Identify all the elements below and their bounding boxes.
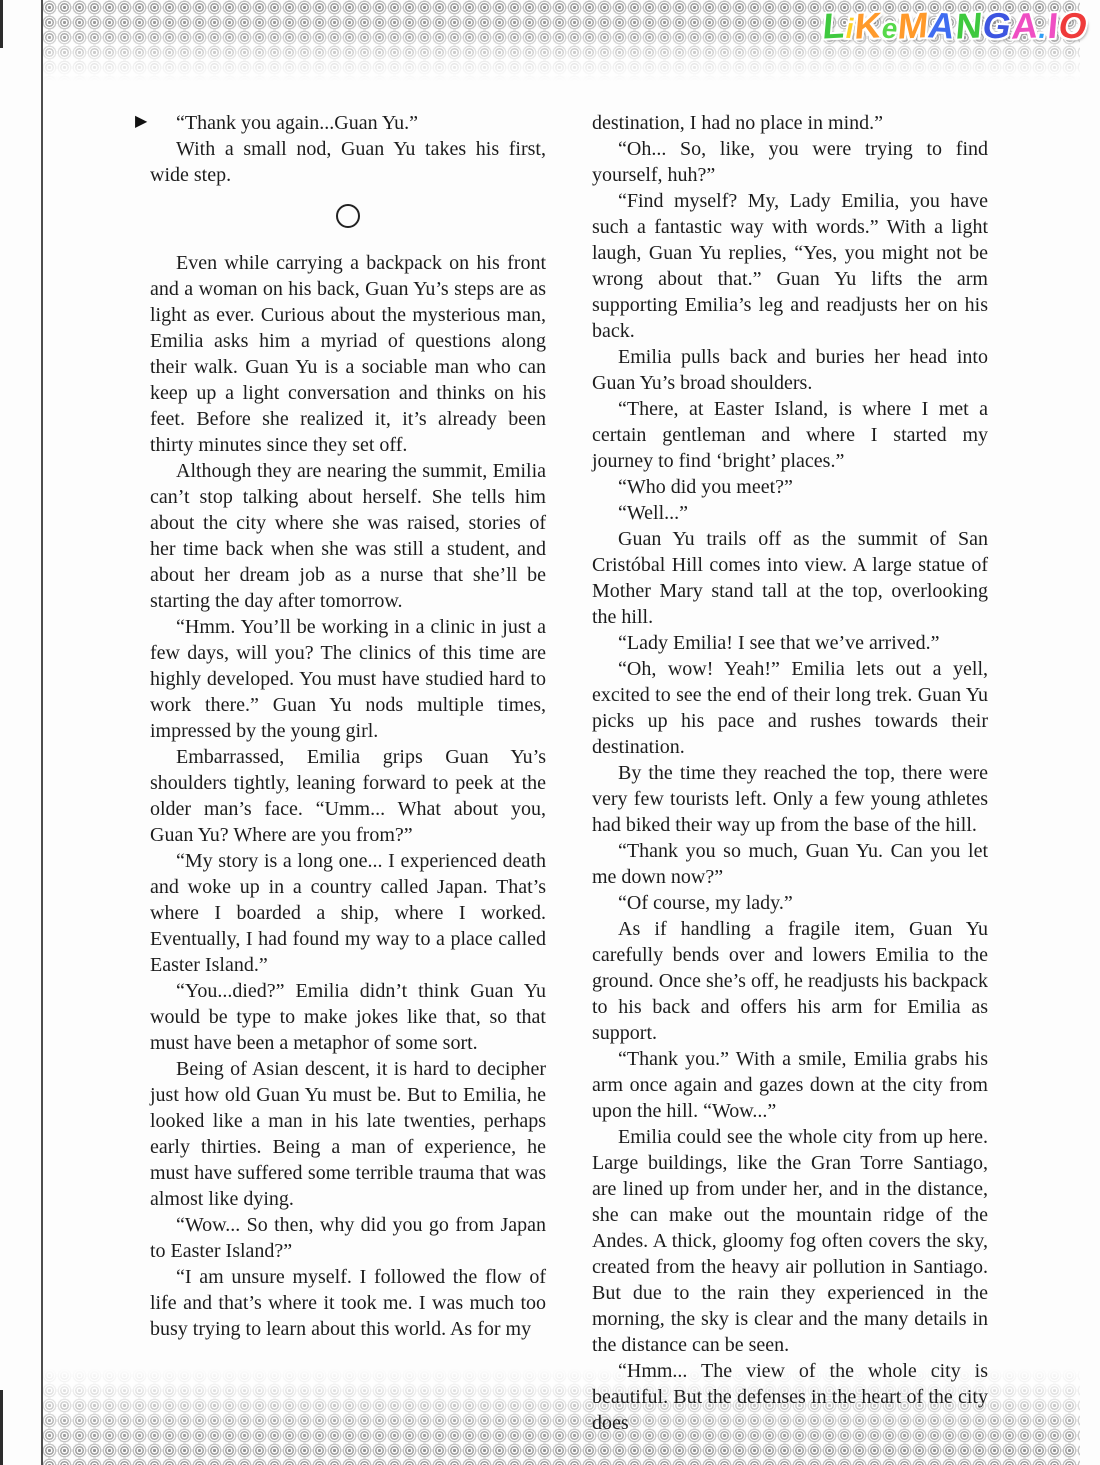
paragraph: “I am unsure myself. I followed the flow…	[150, 1264, 546, 1342]
paragraph: destination, I had no place in mind.”	[592, 110, 988, 136]
paragraph: Emilia could see the whole city from up …	[592, 1124, 988, 1358]
paragraph: “Who did you meet?”	[592, 474, 988, 500]
paragraph: “My story is a long one... I experienced…	[150, 848, 546, 978]
paragraph: “Thank you.” With a smile, Emilia grabs …	[592, 1046, 988, 1124]
paragraph: “Hmm. You’ll be working in a clinic in j…	[150, 614, 546, 744]
paragraph: “Lady Emilia! I see that we’ve arrived.”	[592, 630, 988, 656]
watermark-letter: O	[1055, 4, 1092, 47]
paragraph: Being of Asian descent, it is hard to de…	[150, 1056, 546, 1212]
paragraph: “Well...”	[592, 500, 988, 526]
paragraph: “Hmm... The view of the whole city is be…	[592, 1358, 988, 1436]
paragraph: “Of course, my lady.”	[592, 890, 988, 916]
paragraph: Emilia pulls back and buries her head in…	[592, 344, 988, 396]
paragraph: “There, at Easter Island, is where I met…	[592, 396, 988, 474]
text-column-right: destination, I had no place in mind.”“Oh…	[592, 110, 988, 1436]
paragraph: With a small nod, Guan Yu takes his firs…	[150, 136, 546, 188]
paragraph: “You...died?” Emilia didn’t think Guan Y…	[150, 978, 546, 1056]
scan-edge-artifact-top	[0, 0, 3, 48]
paragraph: ▶“Thank you again...Guan Yu.”	[150, 110, 546, 136]
paragraph: Embarrassed, Emilia grips Guan Yu’s shou…	[150, 744, 546, 848]
paragraph: “Oh, wow! Yeah!” Emilia lets out a yell,…	[592, 656, 988, 760]
paragraph: Guan Yu trails off as the summit of San …	[592, 526, 988, 630]
section-separator	[150, 204, 546, 229]
paragraph: By the time they reached the top, there …	[592, 760, 988, 838]
paragraph: “Wow... So then, why did you go from Jap…	[150, 1212, 546, 1264]
paragraph: As if handling a fragile item, Guan Yu c…	[592, 916, 988, 1046]
reading-position-triangle-icon: ▶	[135, 113, 147, 129]
paragraph: “Find myself? My, Lady Emilia, you have …	[592, 188, 988, 344]
paragraph: Even while carrying a backpack on his fr…	[150, 250, 546, 458]
scan-edge-artifact-bottom	[0, 1390, 3, 1465]
paragraph: “Thank you so much, Guan Yu. Can you let…	[592, 838, 988, 890]
circle-ornament-icon	[336, 204, 360, 228]
text-column-left: ▶“Thank you again...Guan Yu.”With a smal…	[150, 110, 546, 1342]
paragraph: Although they are nearing the summit, Em…	[150, 458, 546, 614]
page-edge-line	[41, 0, 43, 1465]
site-watermark-logo: LiKeMANGA.IO	[823, 5, 1088, 47]
paragraph: “Oh... So, like, you were trying to find…	[592, 136, 988, 188]
